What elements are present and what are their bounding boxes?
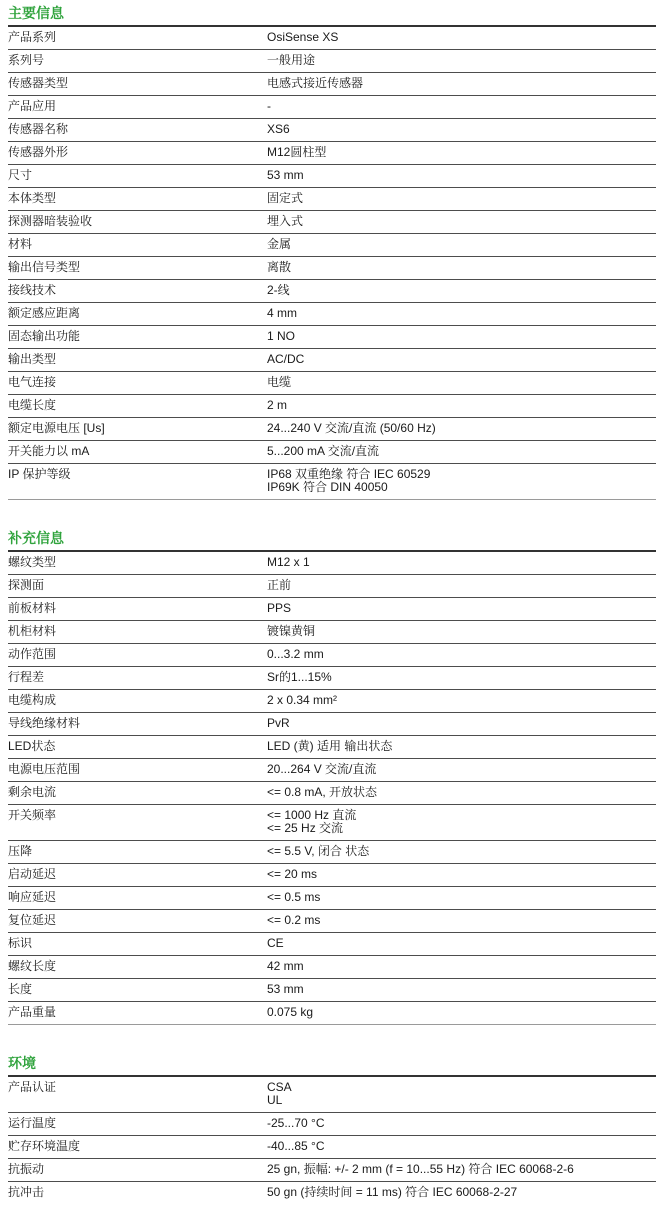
spec-label: 动作范围 bbox=[8, 644, 267, 667]
spec-value-line: AC/DC bbox=[267, 353, 656, 366]
spec-label: 长度 bbox=[8, 979, 267, 1002]
spec-value: 2 x 0.34 mm² bbox=[267, 690, 656, 713]
spec-label: 传感器名称 bbox=[8, 119, 267, 142]
spec-value: 电感式接近传感器 bbox=[267, 73, 656, 96]
table-row: 行程差Sr的1...15% bbox=[8, 667, 656, 690]
spec-value: 2-线 bbox=[267, 280, 656, 303]
spec-value-line: CE bbox=[267, 937, 656, 950]
spec-value: 42 mm bbox=[267, 956, 656, 979]
spec-label: 电源电压范围 bbox=[8, 759, 267, 782]
spec-value-line: XS6 bbox=[267, 123, 656, 136]
spec-value-line: 固定式 bbox=[267, 192, 656, 205]
spec-value-line: <= 0.8 mA, 开放状态 bbox=[267, 786, 656, 799]
spec-value-line: 25 gn, 振幅: +/- 2 mm (f = 10...55 Hz) 符合 … bbox=[267, 1163, 656, 1176]
table-row: 机柜材料镀镍黄铜 bbox=[8, 621, 656, 644]
spec-value: 24...240 V 交流/直流 (50/60 Hz) bbox=[267, 418, 656, 441]
spec-value-line: <= 0.5 ms bbox=[267, 891, 656, 904]
spec-label: 额定电源电压 [Us] bbox=[8, 418, 267, 441]
spec-value-line: PPS bbox=[267, 602, 656, 615]
spec-label: 抗冲击 bbox=[8, 1182, 267, 1205]
table-row: 螺纹类型M12 x 1 bbox=[8, 552, 656, 575]
table-row: 导线绝缘材料PvR bbox=[8, 713, 656, 736]
spec-label: 运行温度 bbox=[8, 1113, 267, 1136]
spec-value: 53 mm bbox=[267, 979, 656, 1002]
spec-label: 电缆长度 bbox=[8, 395, 267, 418]
spec-value: 镀镍黄铜 bbox=[267, 621, 656, 644]
table-row: 开关频率<= 1000 Hz 直流<= 25 Hz 交流 bbox=[8, 805, 656, 841]
spec-value: <= 5.5 V, 闭合 状态 bbox=[267, 841, 656, 864]
table-row: 长度53 mm bbox=[8, 979, 656, 1002]
spec-value: 固定式 bbox=[267, 188, 656, 211]
table-row: 剩余电流<= 0.8 mA, 开放状态 bbox=[8, 782, 656, 805]
table-row: 抗冲击50 gn (持续时间 = 11 ms) 符合 IEC 60068-2-2… bbox=[8, 1182, 656, 1205]
spec-value-line: 一般用途 bbox=[267, 54, 656, 67]
spec-label: 输出类型 bbox=[8, 349, 267, 372]
spec-value-line: 电缆 bbox=[267, 376, 656, 389]
table-row: 接线技术2-线 bbox=[8, 280, 656, 303]
table-row: 启动延迟<= 20 ms bbox=[8, 864, 656, 887]
table-row: 额定感应距离4 mm bbox=[8, 303, 656, 326]
spec-value: 金属 bbox=[267, 234, 656, 257]
table-row: 固态输出功能1 NO bbox=[8, 326, 656, 349]
spec-section: 补充信息螺纹类型M12 x 1探测面正前前板材料PPS机柜材料镀镍黄铜动作范围0… bbox=[8, 530, 656, 1025]
spec-value-line: <= 25 Hz 交流 bbox=[267, 822, 656, 835]
table-row: 产品认证CSAUL bbox=[8, 1077, 656, 1113]
table-row: 动作范围0...3.2 mm bbox=[8, 644, 656, 667]
spec-value-line: -25...70 °C bbox=[267, 1117, 656, 1130]
spec-value-line: 埋入式 bbox=[267, 215, 656, 228]
table-row: 抗振动25 gn, 振幅: +/- 2 mm (f = 10...55 Hz) … bbox=[8, 1159, 656, 1182]
spec-value: 0.075 kg bbox=[267, 1002, 656, 1025]
table-row: 贮存环境温度-40...85 °C bbox=[8, 1136, 656, 1159]
spec-value: IP68 双重绝缘 符合 IEC 60529IP69K 符合 DIN 40050 bbox=[267, 464, 656, 500]
spec-label: 产品系列 bbox=[8, 27, 267, 50]
spec-value: <= 20 ms bbox=[267, 864, 656, 887]
spec-value-line: 53 mm bbox=[267, 169, 656, 182]
spec-label: 产品重量 bbox=[8, 1002, 267, 1025]
spec-label: 螺纹长度 bbox=[8, 956, 267, 979]
spec-value-line: LED (黄) 适用 输出状态 bbox=[267, 740, 656, 753]
spec-value: <= 0.2 ms bbox=[267, 910, 656, 933]
spec-value-line: 20...264 V 交流/直流 bbox=[267, 763, 656, 776]
spec-value: 正前 bbox=[267, 575, 656, 598]
spec-label: 前板材料 bbox=[8, 598, 267, 621]
spec-value: 离散 bbox=[267, 257, 656, 280]
spec-value: 20...264 V 交流/直流 bbox=[267, 759, 656, 782]
spec-value-line: 50 gn (持续时间 = 11 ms) 符合 IEC 60068-2-27 bbox=[267, 1186, 656, 1199]
spec-value: PPS bbox=[267, 598, 656, 621]
spec-value: Sr的1...15% bbox=[267, 667, 656, 690]
table-row: 电缆构成2 x 0.34 mm² bbox=[8, 690, 656, 713]
table-row: 输出类型AC/DC bbox=[8, 349, 656, 372]
spec-value-line: <= 20 ms bbox=[267, 868, 656, 881]
table-row: 运行温度-25...70 °C bbox=[8, 1113, 656, 1136]
spec-value: AC/DC bbox=[267, 349, 656, 372]
spec-value-line: - bbox=[267, 100, 656, 113]
table-row: 探测面正前 bbox=[8, 575, 656, 598]
spec-value-line: -40...85 °C bbox=[267, 1140, 656, 1153]
table-row: 输出信号类型离散 bbox=[8, 257, 656, 280]
spec-value: <= 0.8 mA, 开放状态 bbox=[267, 782, 656, 805]
spec-label: 传感器外形 bbox=[8, 142, 267, 165]
spec-label: 额定感应距离 bbox=[8, 303, 267, 326]
table-row: 电缆长度2 m bbox=[8, 395, 656, 418]
spec-label: 固态输出功能 bbox=[8, 326, 267, 349]
spec-value: M12圆柱型 bbox=[267, 142, 656, 165]
table-row: 压降<= 5.5 V, 闭合 状态 bbox=[8, 841, 656, 864]
spec-value-line: 镀镍黄铜 bbox=[267, 625, 656, 638]
spec-value-line: <= 5.5 V, 闭合 状态 bbox=[267, 845, 656, 858]
spec-value-line: 24...240 V 交流/直流 (50/60 Hz) bbox=[267, 422, 656, 435]
spec-value-line: IP69K 符合 DIN 40050 bbox=[267, 481, 656, 494]
spec-value-line: <= 0.2 ms bbox=[267, 914, 656, 927]
table-row: 产品应用- bbox=[8, 96, 656, 119]
spec-value-line: M12圆柱型 bbox=[267, 146, 656, 159]
spec-label: LED状态 bbox=[8, 736, 267, 759]
spec-label: 产品应用 bbox=[8, 96, 267, 119]
spec-value-line: 离散 bbox=[267, 261, 656, 274]
spec-value: PvR bbox=[267, 713, 656, 736]
spec-label: 复位延迟 bbox=[8, 910, 267, 933]
spec-sections-container: 主要信息产品系列OsiSense XS系列号一般用途传感器类型电感式接近传感器产… bbox=[8, 5, 656, 1204]
spec-value-line: PvR bbox=[267, 717, 656, 730]
spec-value-line: OsiSense XS bbox=[267, 31, 656, 44]
spec-label: 输出信号类型 bbox=[8, 257, 267, 280]
spec-label: 开关频率 bbox=[8, 805, 267, 841]
table-row: 材料金属 bbox=[8, 234, 656, 257]
spec-value: 5...200 mA 交流/直流 bbox=[267, 441, 656, 464]
spec-value: 53 mm bbox=[267, 165, 656, 188]
spec-value-line: 2 x 0.34 mm² bbox=[267, 694, 656, 707]
spec-value-line: 金属 bbox=[267, 238, 656, 251]
spec-value-line: 5...200 mA 交流/直流 bbox=[267, 445, 656, 458]
section-title: 补充信息 bbox=[8, 530, 656, 552]
table-row: 复位延迟<= 0.2 ms bbox=[8, 910, 656, 933]
table-row: 传感器名称XS6 bbox=[8, 119, 656, 142]
spec-label: IP 保护等级 bbox=[8, 464, 267, 500]
spec-value: 1 NO bbox=[267, 326, 656, 349]
table-row: 电源电压范围20...264 V 交流/直流 bbox=[8, 759, 656, 782]
spec-value: -25...70 °C bbox=[267, 1113, 656, 1136]
table-row: 传感器外形M12圆柱型 bbox=[8, 142, 656, 165]
table-row: 标识CE bbox=[8, 933, 656, 956]
spec-label: 压降 bbox=[8, 841, 267, 864]
table-row: 产品重量0.075 kg bbox=[8, 1002, 656, 1025]
table-row: LED状态LED (黄) 适用 输出状态 bbox=[8, 736, 656, 759]
spec-table: 产品认证CSAUL运行温度-25...70 °C贮存环境温度-40...85 °… bbox=[8, 1077, 656, 1204]
spec-value-line: 0...3.2 mm bbox=[267, 648, 656, 661]
spec-label: 本体类型 bbox=[8, 188, 267, 211]
spec-value: 50 gn (持续时间 = 11 ms) 符合 IEC 60068-2-27 bbox=[267, 1182, 656, 1205]
spec-label: 传感器类型 bbox=[8, 73, 267, 96]
spec-value: <= 0.5 ms bbox=[267, 887, 656, 910]
table-row: 响应延迟<= 0.5 ms bbox=[8, 887, 656, 910]
spec-value: XS6 bbox=[267, 119, 656, 142]
table-row: 前板材料PPS bbox=[8, 598, 656, 621]
spec-label: 螺纹类型 bbox=[8, 552, 267, 575]
spec-value-line: 2-线 bbox=[267, 284, 656, 297]
spec-label: 启动延迟 bbox=[8, 864, 267, 887]
spec-label: 探测器暗装验收 bbox=[8, 211, 267, 234]
section-title: 主要信息 bbox=[8, 5, 656, 27]
spec-value: <= 1000 Hz 直流<= 25 Hz 交流 bbox=[267, 805, 656, 841]
spec-label: 标识 bbox=[8, 933, 267, 956]
spec-value: -40...85 °C bbox=[267, 1136, 656, 1159]
spec-value-line: UL bbox=[267, 1094, 656, 1107]
spec-value: LED (黄) 适用 输出状态 bbox=[267, 736, 656, 759]
table-row: 电气连接电缆 bbox=[8, 372, 656, 395]
spec-value-line: 53 mm bbox=[267, 983, 656, 996]
table-row: 传感器类型电感式接近传感器 bbox=[8, 73, 656, 96]
section-title: 环境 bbox=[8, 1055, 656, 1077]
spec-value-line: 4 mm bbox=[267, 307, 656, 320]
spec-value: 电缆 bbox=[267, 372, 656, 395]
product-datasheet-page: 主要信息产品系列OsiSense XS系列号一般用途传感器类型电感式接近传感器产… bbox=[0, 0, 662, 1218]
spec-value-line: 0.075 kg bbox=[267, 1006, 656, 1019]
spec-value: OsiSense XS bbox=[267, 27, 656, 50]
spec-value: M12 x 1 bbox=[267, 552, 656, 575]
spec-value-line: 42 mm bbox=[267, 960, 656, 973]
spec-value-line: Sr的1...15% bbox=[267, 671, 656, 684]
spec-value: 2 m bbox=[267, 395, 656, 418]
table-row: 开关能力以 mA5...200 mA 交流/直流 bbox=[8, 441, 656, 464]
spec-label: 电缆构成 bbox=[8, 690, 267, 713]
spec-value-line: 1 NO bbox=[267, 330, 656, 343]
spec-value-line: CSA bbox=[267, 1081, 656, 1094]
spec-value: 一般用途 bbox=[267, 50, 656, 73]
spec-value-line: M12 x 1 bbox=[267, 556, 656, 569]
table-row: IP 保护等级IP68 双重绝缘 符合 IEC 60529IP69K 符合 DI… bbox=[8, 464, 656, 500]
spec-label: 电气连接 bbox=[8, 372, 267, 395]
spec-label: 材料 bbox=[8, 234, 267, 257]
spec-label: 尺寸 bbox=[8, 165, 267, 188]
spec-value: CE bbox=[267, 933, 656, 956]
spec-label: 行程差 bbox=[8, 667, 267, 690]
spec-value: 埋入式 bbox=[267, 211, 656, 234]
spec-label: 产品认证 bbox=[8, 1077, 267, 1113]
spec-table: 产品系列OsiSense XS系列号一般用途传感器类型电感式接近传感器产品应用-… bbox=[8, 27, 656, 500]
spec-label: 开关能力以 mA bbox=[8, 441, 267, 464]
spec-section: 主要信息产品系列OsiSense XS系列号一般用途传感器类型电感式接近传感器产… bbox=[8, 5, 656, 500]
table-row: 产品系列OsiSense XS bbox=[8, 27, 656, 50]
spec-label: 机柜材料 bbox=[8, 621, 267, 644]
spec-label: 探测面 bbox=[8, 575, 267, 598]
spec-value-line: 电感式接近传感器 bbox=[267, 77, 656, 90]
spec-label: 导线绝缘材料 bbox=[8, 713, 267, 736]
spec-value: 0...3.2 mm bbox=[267, 644, 656, 667]
spec-value-line: 正前 bbox=[267, 579, 656, 592]
spec-label: 剩余电流 bbox=[8, 782, 267, 805]
spec-value: CSAUL bbox=[267, 1077, 656, 1113]
spec-value: 4 mm bbox=[267, 303, 656, 326]
spec-label: 系列号 bbox=[8, 50, 267, 73]
table-row: 本体类型固定式 bbox=[8, 188, 656, 211]
spec-value: - bbox=[267, 96, 656, 119]
spec-label: 抗振动 bbox=[8, 1159, 267, 1182]
spec-section: 环境产品认证CSAUL运行温度-25...70 °C贮存环境温度-40...85… bbox=[8, 1055, 656, 1204]
spec-label: 贮存环境温度 bbox=[8, 1136, 267, 1159]
table-row: 探测器暗装验收埋入式 bbox=[8, 211, 656, 234]
spec-value: 25 gn, 振幅: +/- 2 mm (f = 10...55 Hz) 符合 … bbox=[267, 1159, 656, 1182]
spec-table: 螺纹类型M12 x 1探测面正前前板材料PPS机柜材料镀镍黄铜动作范围0...3… bbox=[8, 552, 656, 1025]
table-row: 系列号一般用途 bbox=[8, 50, 656, 73]
spec-label: 响应延迟 bbox=[8, 887, 267, 910]
spec-label: 接线技术 bbox=[8, 280, 267, 303]
table-row: 尺寸53 mm bbox=[8, 165, 656, 188]
spec-value-line: 2 m bbox=[267, 399, 656, 412]
table-row: 螺纹长度42 mm bbox=[8, 956, 656, 979]
table-row: 额定电源电压 [Us]24...240 V 交流/直流 (50/60 Hz) bbox=[8, 418, 656, 441]
